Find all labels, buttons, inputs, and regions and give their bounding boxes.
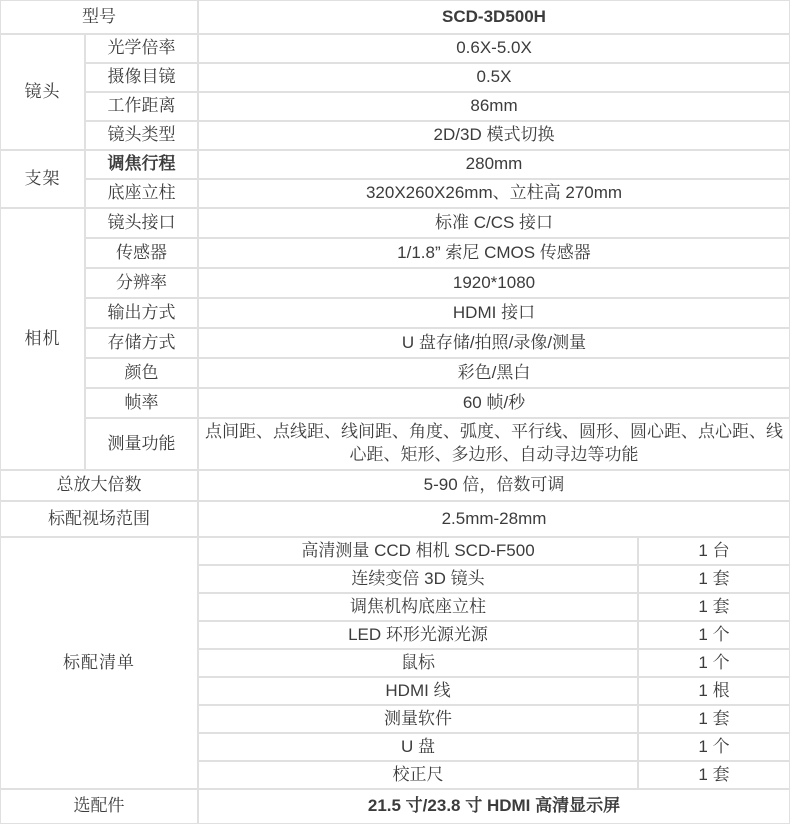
spec-value-total-magnification: 5-90 倍，倍数可调	[198, 470, 790, 501]
spec-label-lens-mount: 镜头接口	[85, 208, 198, 238]
model-value: SCD-3D500H	[198, 0, 790, 34]
spec-value-field-of-view: 2.5mm-28mm	[198, 501, 790, 537]
spec-label-storage: 存储方式	[85, 328, 198, 358]
spec-label-field-of-view: 标配视场范围	[0, 501, 198, 537]
spec-label-measure-functions: 测量功能	[85, 418, 198, 470]
spec-label-frame-rate: 帧率	[85, 388, 198, 418]
accessory-name: 调焦机构底座立柱	[198, 593, 638, 621]
accessory-name: 鼠标	[198, 649, 638, 677]
spec-label-total-magnification: 总放大倍数	[0, 470, 198, 501]
spec-label-lens-type: 镜头类型	[85, 121, 198, 150]
section-label-stand: 支架	[0, 150, 85, 208]
spec-value-storage: U 盘存储/拍照/录像/测量	[198, 328, 790, 358]
spec-value-resolution: 1920*1080	[198, 268, 790, 298]
spec-value-sensor: 1/1.8” 索尼 CMOS 传感器	[198, 238, 790, 268]
spec-value-focus-travel: 280mm	[198, 150, 790, 179]
accessory-name: U 盘	[198, 733, 638, 761]
accessory-name: 校正尺	[198, 761, 638, 789]
section-label-standard-list: 标配清单	[0, 537, 198, 789]
spec-table: 型号 SCD-3D500H 镜头 光学倍率 0.6X-5.0X 摄像目镜 0.5…	[0, 0, 790, 824]
accessory-qty: 1 套	[638, 565, 790, 593]
spec-value-color: 彩色/黑白	[198, 358, 790, 388]
spec-value-lens-type: 2D/3D 模式切换	[198, 121, 790, 150]
spec-label-color: 颜色	[85, 358, 198, 388]
accessory-qty: 1 套	[638, 593, 790, 621]
model-label: 型号	[0, 0, 198, 34]
accessory-name: HDMI 线	[198, 677, 638, 705]
accessory-name: 高清测量 CCD 相机 SCD-F500	[198, 537, 638, 565]
accessory-name: 测量软件	[198, 705, 638, 733]
section-label-lens: 镜头	[0, 34, 85, 150]
accessory-qty: 1 个	[638, 621, 790, 649]
accessory-qty: 1 台	[638, 537, 790, 565]
accessory-qty: 1 个	[638, 733, 790, 761]
spec-value-lens-mount: 标准 C/CS 接口	[198, 208, 790, 238]
accessory-qty: 1 根	[638, 677, 790, 705]
spec-label-optional: 选配件	[0, 789, 198, 824]
spec-label-optical-zoom: 光学倍率	[85, 34, 198, 63]
accessory-name: LED 环形光源光源	[198, 621, 638, 649]
accessory-qty: 1 个	[638, 649, 790, 677]
spec-value-optional: 21.5 寸/23.8 寸 HDMI 高清显示屏	[198, 789, 790, 824]
spec-label-sensor: 传感器	[85, 238, 198, 268]
spec-value-optical-zoom: 0.6X-5.0X	[198, 34, 790, 63]
spec-label-base-column: 底座立柱	[85, 179, 198, 208]
spec-label-camera-eyepiece: 摄像目镜	[85, 63, 198, 92]
spec-label-output: 输出方式	[85, 298, 198, 328]
spec-value-measure-functions: 点间距、点线距、线间距、角度、弧度、平行线、圆形、圆心距、点心距、线心距、矩形、…	[198, 418, 790, 470]
spec-value-base-column: 320X260X26mm、立柱高 270mm	[198, 179, 790, 208]
accessory-qty: 1 套	[638, 705, 790, 733]
spec-label-focus-travel: 调焦行程	[85, 150, 198, 179]
spec-value-output: HDMI 接口	[198, 298, 790, 328]
accessory-qty: 1 套	[638, 761, 790, 789]
spec-label-working-distance: 工作距离	[85, 92, 198, 121]
spec-value-camera-eyepiece: 0.5X	[198, 63, 790, 92]
spec-value-working-distance: 86mm	[198, 92, 790, 121]
accessory-name: 连续变倍 3D 镜头	[198, 565, 638, 593]
spec-label-resolution: 分辨率	[85, 268, 198, 298]
spec-value-frame-rate: 60 帧/秒	[198, 388, 790, 418]
section-label-camera: 相机	[0, 208, 85, 470]
